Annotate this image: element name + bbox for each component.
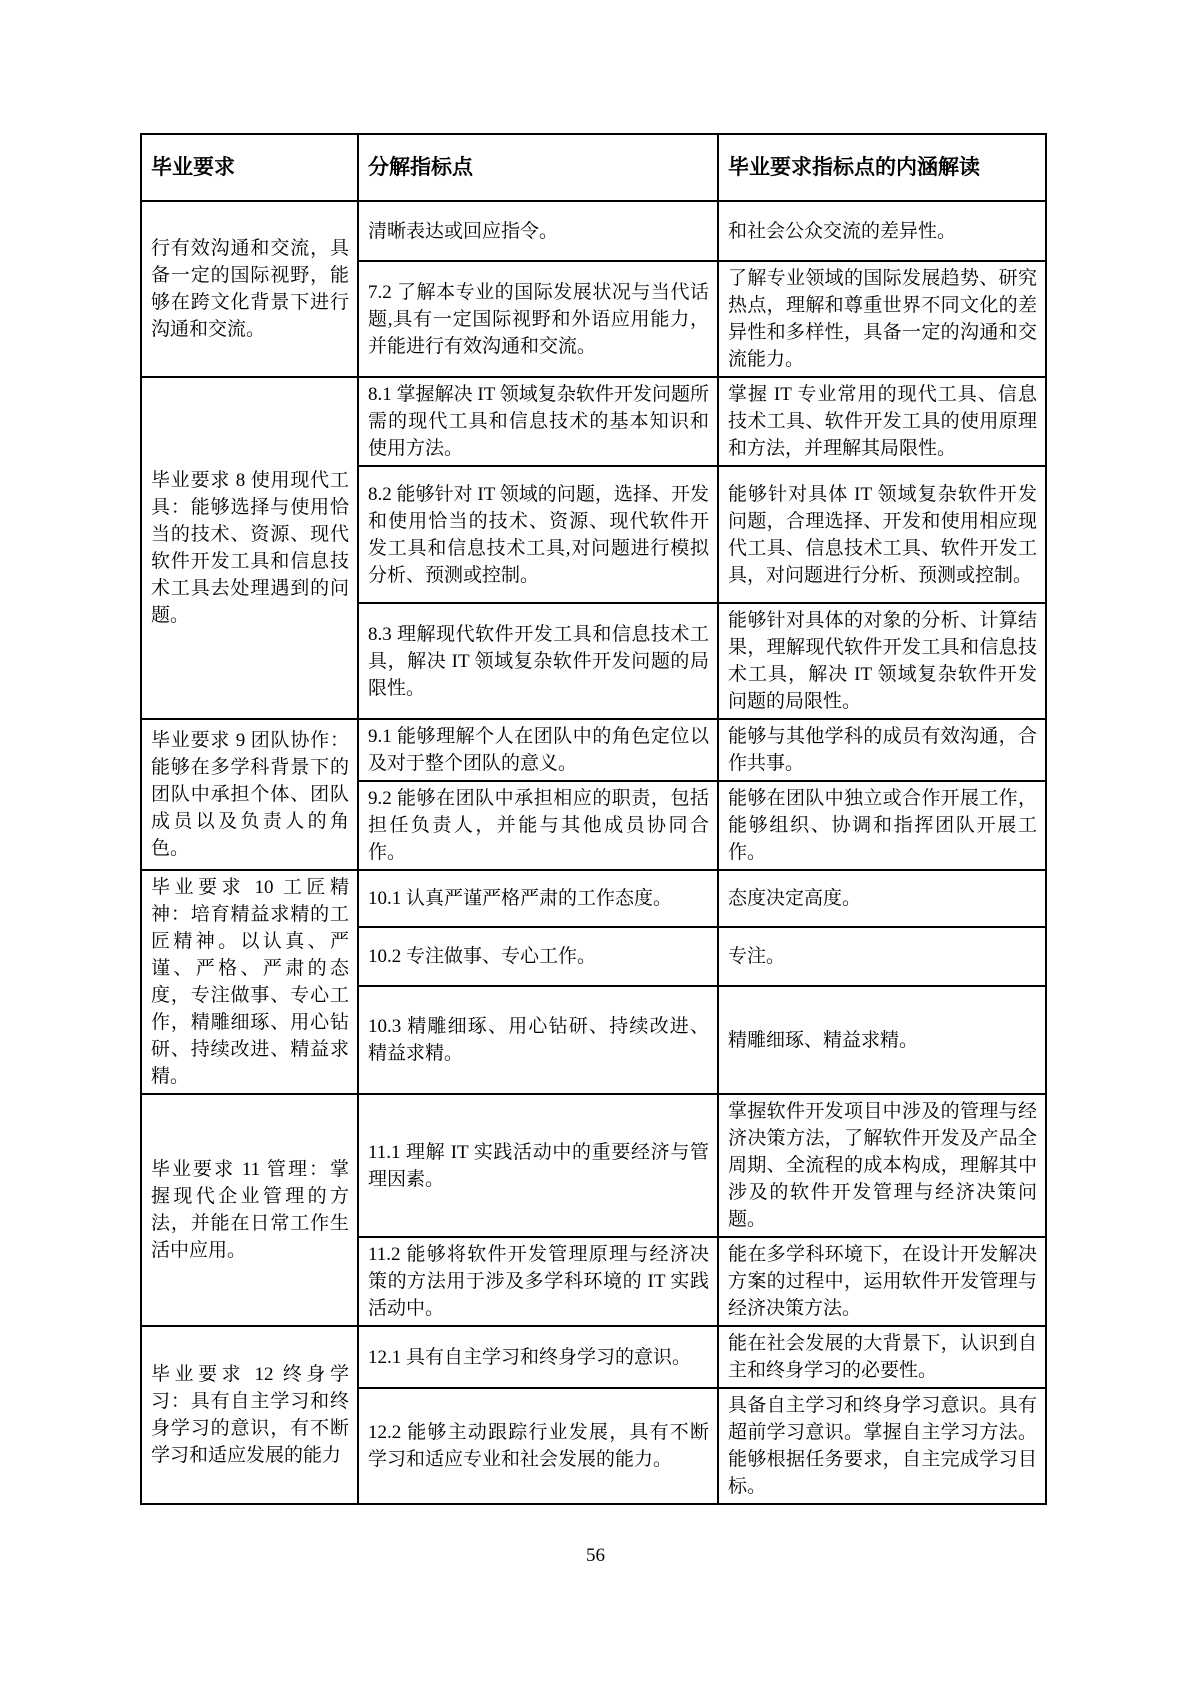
interpretation-cell: 能够针对具体的对象的分析、计算结果，理解现代软件开发工具和信息技术工具，解决 I… [718, 603, 1046, 719]
requirement-cell: 毕业要求 8 使用现代工具：能够选择与使用恰当的技术、资源、现代软件开发工具和信… [141, 377, 358, 719]
interpretation-cell: 能在社会发展的大背景下，认识到自主和终身学习的必要性。 [718, 1326, 1046, 1388]
interpretation-cell: 掌握软件开发项目中涉及的管理与经济决策方法，了解软件开发及产品全周期、全流程的成… [718, 1094, 1046, 1237]
requirement-cell: 毕业要求 9 团队协作：能够在多学科背景下的团队中承担个体、团队成员以及负责人的… [141, 719, 358, 870]
table-row: 毕业要求 9 团队协作：能够在多学科背景下的团队中承担个体、团队成员以及负责人的… [141, 719, 1046, 781]
table-row: 毕业要求 8 使用现代工具：能够选择与使用恰当的技术、资源、现代软件开发工具和信… [141, 377, 1046, 466]
indicator-cell: 8.2 能够针对 IT 领域的问题，选择、开发和使用恰当的技术、资源、现代软件开… [358, 466, 718, 603]
indicator-cell: 清晰表达或回应指令。 [358, 201, 718, 261]
indicator-cell: 12.2 能够主动跟踪行业发展，具有不断学习和适应专业和社会发展的能力。 [358, 1388, 718, 1504]
indicator-cell: 11.1 理解 IT 实践活动中的重要经济与管理因素。 [358, 1094, 718, 1237]
indicator-cell: 9.2 能够在团队中承担相应的职责，包括担任负责人，并能与其他成员协同合作。 [358, 781, 718, 870]
interpretation-cell: 掌握 IT 专业常用的现代工具、信息技术工具、软件开发工具的使用原理和方法，并理… [718, 377, 1046, 466]
indicator-cell: 10.1 认真严谨严格严肃的工作态度。 [358, 870, 718, 927]
page-number: 56 [0, 1545, 1191, 1567]
interpretation-cell: 态度决定高度。 [718, 870, 1046, 927]
indicator-cell: 11.2 能够将软件开发管理原理与经济决策的方法用于涉及多学科环境的 IT 实践… [358, 1237, 718, 1326]
interpretation-cell: 具备自主学习和终身学习意识。具有超前学习意识。掌握自主学习方法。能够根据任务要求… [718, 1388, 1046, 1504]
column-header-interpretation: 毕业要求指标点的内涵解读 [718, 134, 1046, 201]
interpretation-cell: 专注。 [718, 927, 1046, 987]
indicator-cell: 12.1 具有自主学习和终身学习的意识。 [358, 1326, 718, 1388]
interpretation-cell: 了解专业领域的国际发展趋势、研究热点，理解和尊重世界不同文化的差异性和多样性，具… [718, 261, 1046, 377]
requirements-table: 毕业要求 分解指标点 毕业要求指标点的内涵解读 行有效沟通和交流，具备一定的国际… [140, 133, 1047, 1505]
table-header-row: 毕业要求 分解指标点 毕业要求指标点的内涵解读 [141, 134, 1046, 201]
interpretation-cell: 能够在团队中独立或合作开展工作，能够组织、协调和指挥团队开展工作。 [718, 781, 1046, 870]
interpretation-cell: 精雕细琢、精益求精。 [718, 986, 1046, 1094]
indicator-cell: 7.2 了解本专业的国际发展状况与当代话题,具有一定国际视野和外语应用能力，并能… [358, 261, 718, 377]
indicator-cell: 8.3 理解现代软件开发工具和信息技术工具，解决 IT 领域复杂软件开发问题的局… [358, 603, 718, 719]
table-row: 行有效沟通和交流，具备一定的国际视野，能够在跨文化背景下进行沟通和交流。 清晰表… [141, 201, 1046, 261]
indicator-cell: 10.3 精雕细琢、用心钻研、持续改进、精益求精。 [358, 986, 718, 1094]
indicator-cell: 10.2 专注做事、专心工作。 [358, 927, 718, 987]
interpretation-cell: 和社会公众交流的差异性。 [718, 201, 1046, 261]
interpretation-cell: 能在多学科环境下，在设计开发解决方案的过程中，运用软件开发管理与经济决策方法。 [718, 1237, 1046, 1326]
table-row: 毕业要求 11 管理：掌握现代企业管理的方法，并能在日常工作生活中应用。 11.… [141, 1094, 1046, 1237]
column-header-indicator: 分解指标点 [358, 134, 718, 201]
table-row: 毕业要求 10 工匠精神：培育精益求精的工匠精神。以认真、严谨、严格、严肃的态度… [141, 870, 1046, 927]
requirement-cell: 毕业要求 11 管理：掌握现代企业管理的方法，并能在日常工作生活中应用。 [141, 1094, 358, 1326]
interpretation-cell: 能够针对具体 IT 领域复杂软件开发问题，合理选择、开发和使用相应现代工具、信息… [718, 466, 1046, 603]
requirement-cell: 毕业要求 12 终身学习：具有自主学习和终身学习的意识，有不断学习和适应发展的能… [141, 1326, 358, 1504]
requirement-cell: 行有效沟通和交流，具备一定的国际视野，能够在跨文化背景下进行沟通和交流。 [141, 201, 358, 377]
column-header-requirement: 毕业要求 [141, 134, 358, 201]
interpretation-cell: 能够与其他学科的成员有效沟通，合作共事。 [718, 719, 1046, 781]
indicator-cell: 8.1 掌握解决 IT 领域复杂软件开发问题所需的现代工具和信息技术的基本知识和… [358, 377, 718, 466]
indicator-cell: 9.1 能够理解个人在团队中的角色定位以及对于整个团队的意义。 [358, 719, 718, 781]
table-row: 毕业要求 12 终身学习：具有自主学习和终身学习的意识，有不断学习和适应发展的能… [141, 1326, 1046, 1388]
requirement-cell: 毕业要求 10 工匠精神：培育精益求精的工匠精神。以认真、严谨、严格、严肃的态度… [141, 870, 358, 1094]
